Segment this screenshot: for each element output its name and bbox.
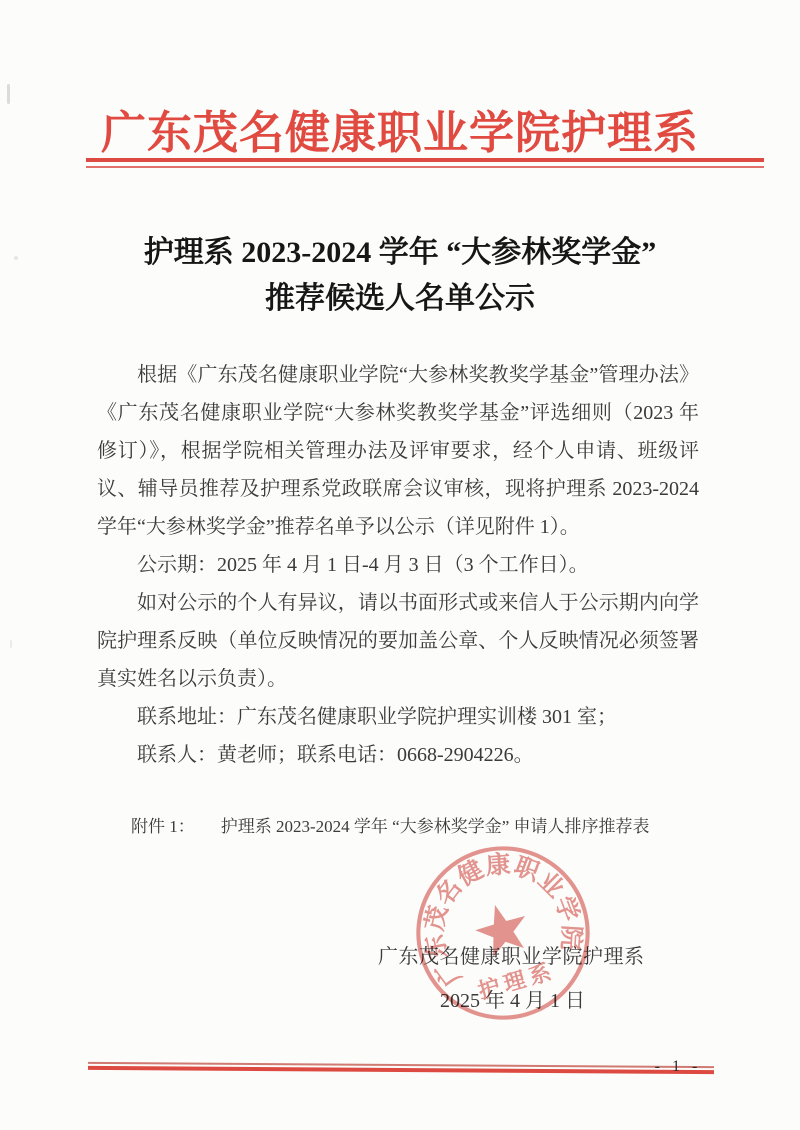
scan-artifact	[14, 256, 18, 260]
letterhead-divider-thin-line	[86, 166, 764, 168]
scan-artifact	[7, 84, 10, 104]
attachment-text: 护理系 2023-2024 学年 “大参林奖学金” 申请人排序推荐表	[221, 817, 650, 836]
svg-text:广东茂名健康职业学院: 广东茂名健康职业学院	[412, 842, 594, 994]
footer-divider	[88, 1062, 714, 1074]
signature-department: 广东茂名健康职业学院护理系	[378, 940, 645, 969]
signature-date: 2025 年 4 月 1 日	[440, 984, 585, 1013]
document-title: 护理系 2023-2024 学年 “大参林奖学金” 推荐候选人名单公示	[0, 230, 800, 322]
document-page: 广东茂名健康职业学院护理系 护理系 2023-2024 学年 “大参林奖学金” …	[0, 0, 800, 1130]
seal-ring-text: 广东茂名健康职业学院	[412, 842, 594, 994]
letterhead-divider	[86, 158, 764, 168]
paragraph-publicity-period: 公示期：2025 年 4 月 1 日-4 月 3 日（3 个工作日）。	[97, 546, 699, 584]
scan-artifact	[10, 640, 12, 648]
page-number: - 1 -	[648, 1058, 708, 1076]
letterhead-divider-thick-line	[86, 158, 764, 162]
paragraph-objection: 如对公示的个人有异议，请以书面形式或来信人于公示期内向学院护理系反映（单位反映情…	[97, 584, 699, 698]
paragraph-contact-person: 联系人：黄老师；联系电话：0668-2904226。	[97, 736, 699, 774]
attachment-line: 附件 1：护理系 2023-2024 学年 “大参林奖学金” 申请人排序推荐表	[97, 812, 699, 842]
paragraph-contact-address: 联系地址：广东茂名健康职业学院护理实训楼 301 室；	[97, 698, 699, 736]
document-body: 根据《广东茂名健康职业学院“大参林奖教奖学基金”管理办法》《广东茂名健康职业学院…	[97, 356, 699, 842]
letterhead-title: 广东茂名健康职业学院护理系	[0, 96, 800, 161]
document-title-line1: 护理系 2023-2024 学年 “大参林奖学金”	[144, 236, 657, 269]
attachment-label: 附件 1：	[131, 817, 195, 836]
paragraph-basis: 根据《广东茂名健康职业学院“大参林奖教奖学基金”管理办法》《广东茂名健康职业学院…	[97, 356, 699, 546]
document-title-line2: 推荐候选人名单公示	[265, 282, 535, 315]
